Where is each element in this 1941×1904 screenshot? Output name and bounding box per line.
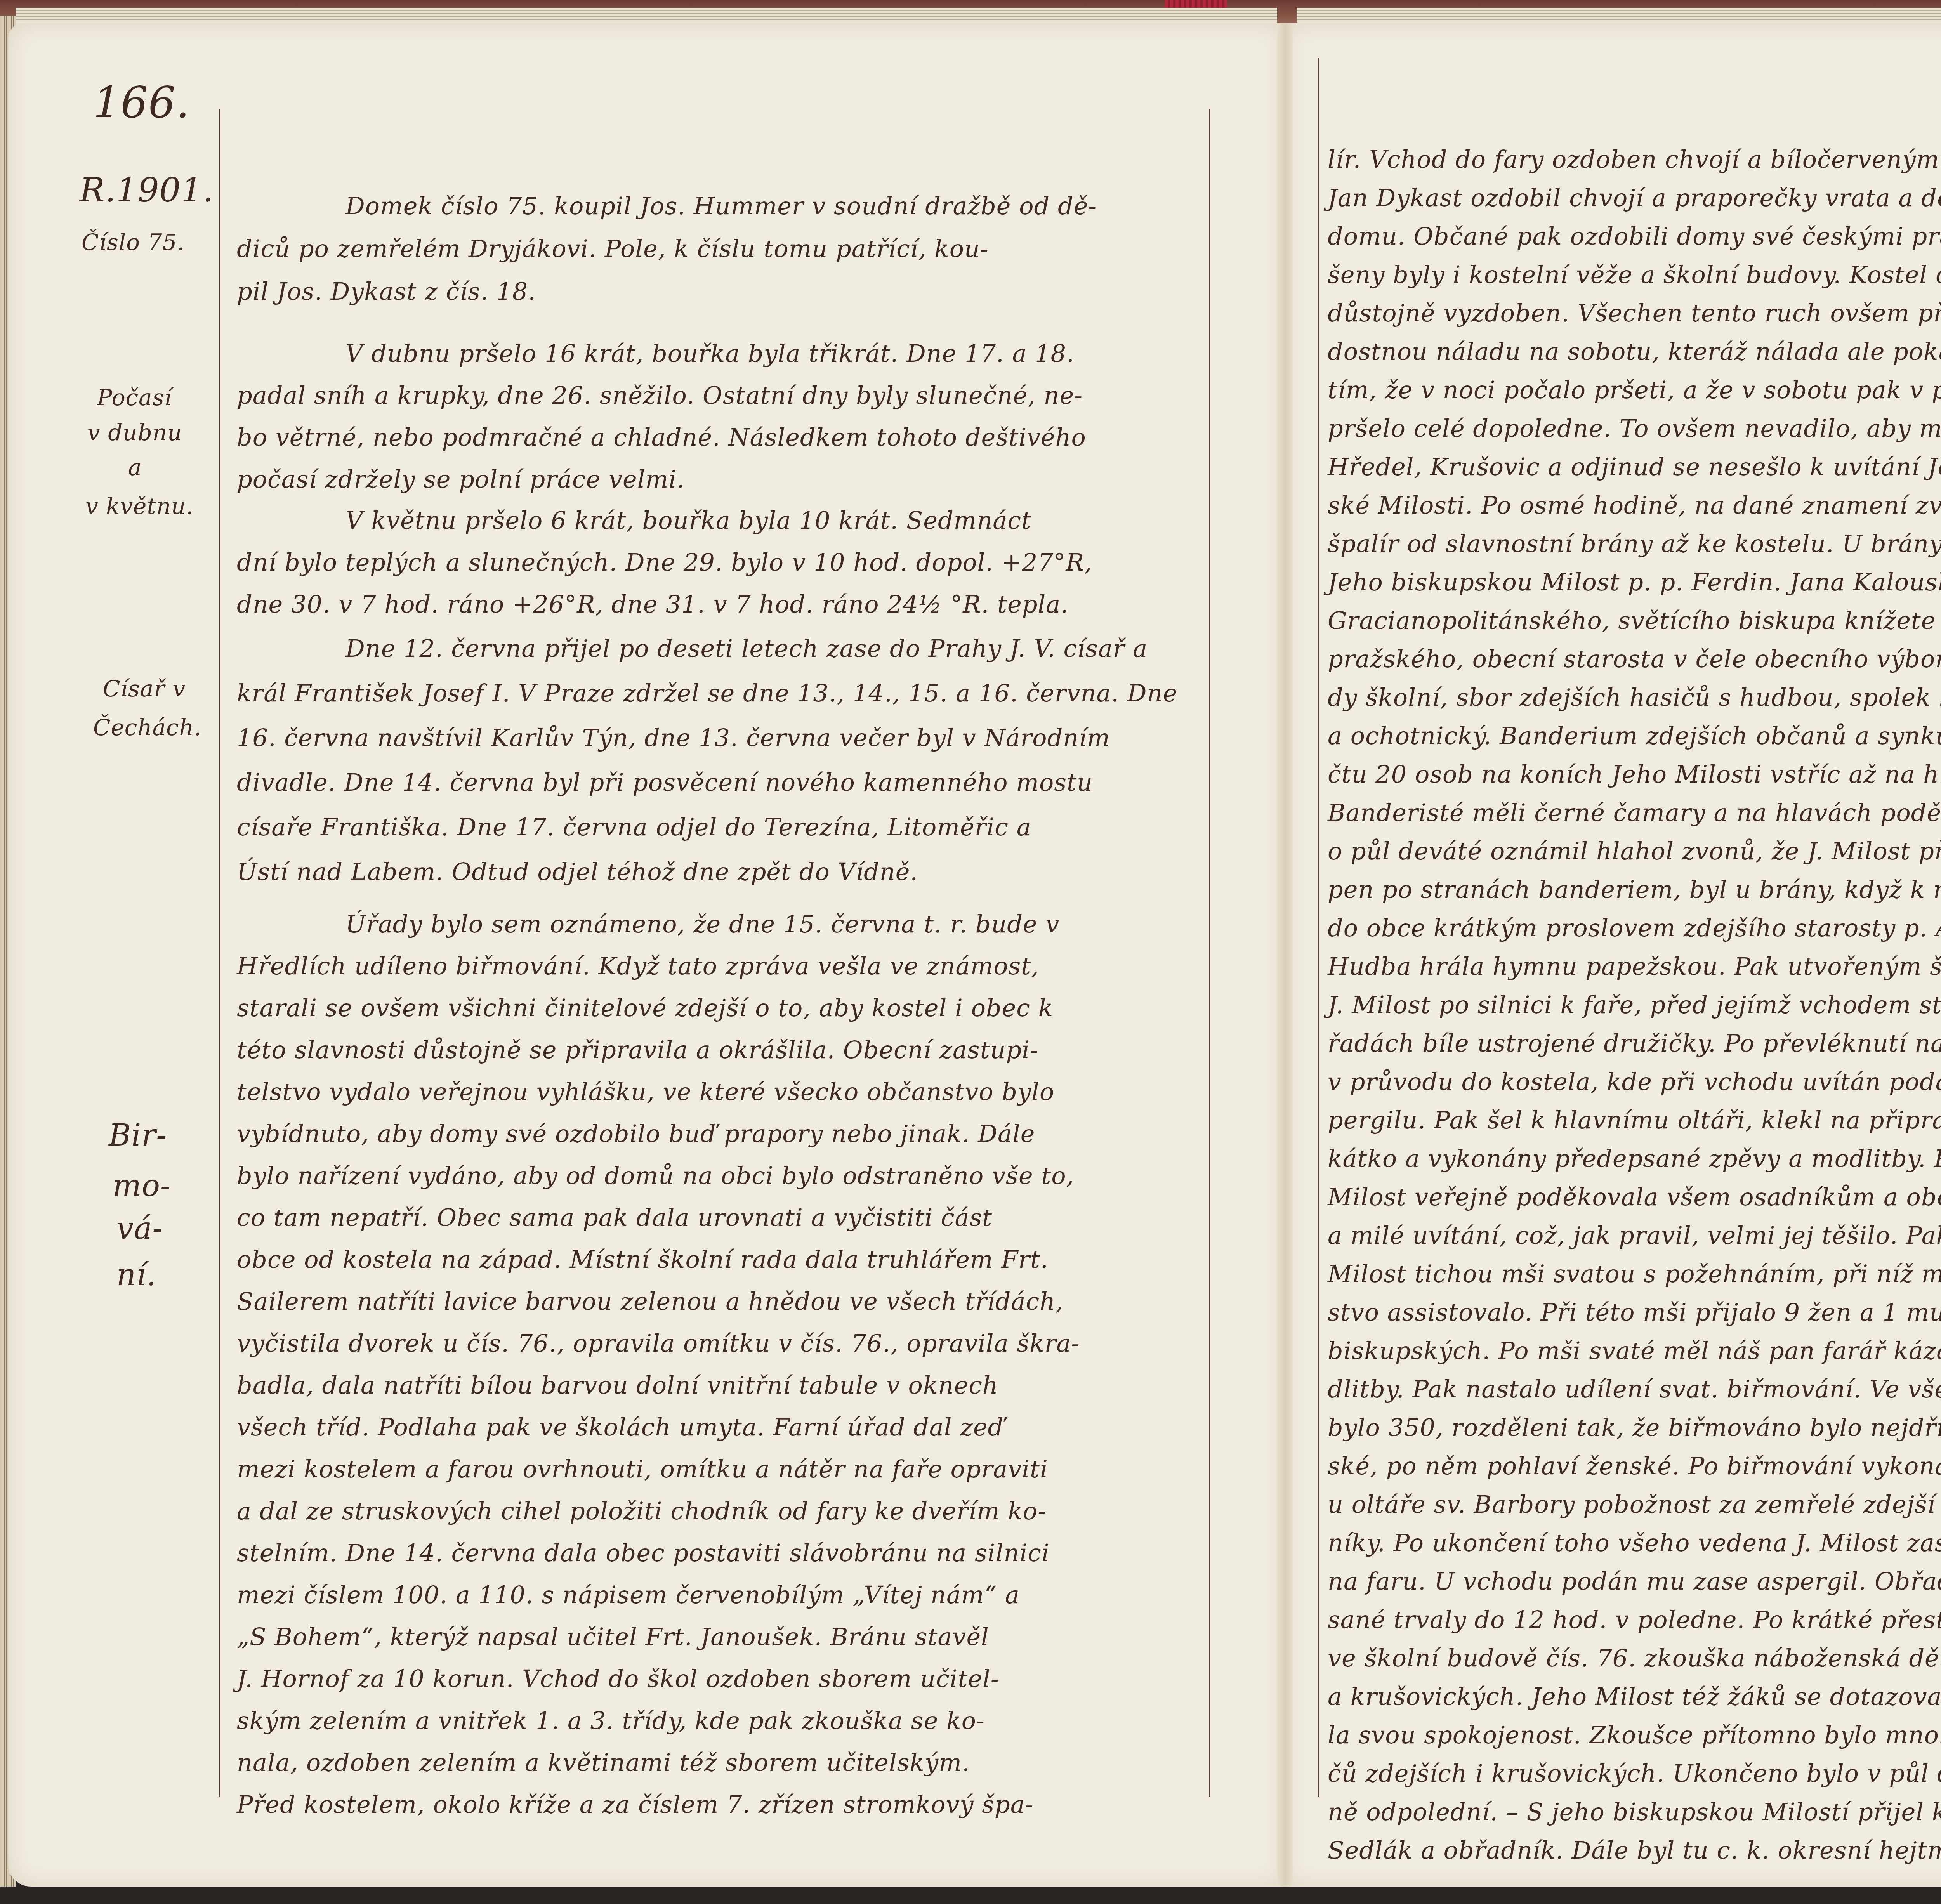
text-line: pršelo celé dopoledne. To ovšem nevadilo… (1328, 413, 1941, 444)
text-line: dní bylo teplých a slunečných. Dne 29. b… (237, 547, 1092, 578)
right-inner-rule (1318, 58, 1319, 1797)
margin-note-birmovani: Bir- (109, 1118, 167, 1153)
margin-note-pocasi: v květnu. (85, 493, 194, 519)
text-line: „S Bohem“, kterýž napsal učitel Frt. Jan… (237, 1621, 1080, 1653)
text-line: důstojně vyzdoben. Všechen tento ruch ov… (1328, 297, 1941, 329)
text-line: Milost tichou mši svatou s požehnáním, p… (1328, 1258, 1941, 1290)
margin-note-pocasi: Počasí (97, 384, 172, 411)
text-line: řadách bíle ustrojené družičky. Po převl… (1328, 1028, 1941, 1059)
text-line: J. Hornof za 10 korun. Vchod do škol ozd… (237, 1663, 1080, 1695)
text-line: Banderisté měli černé čamary a na hlavác… (1328, 797, 1941, 829)
text-line: a dal ze struskových cihel položiti chod… (237, 1495, 1080, 1527)
margin-note-birmovani: vá- (116, 1211, 163, 1246)
text-line: la svou spokojenost. Zkoušce přítomno by… (1328, 1719, 1941, 1751)
text-line: vybídnuto, aby domy své ozdobilo buď pra… (237, 1118, 1080, 1150)
margin-note-cisar: Císař v (103, 675, 186, 702)
text-line: v průvodu do kostela, kde při vchodu uví… (1328, 1066, 1941, 1098)
text-line: bylo nařízení vydáno, aby od domů na obc… (237, 1160, 1080, 1192)
text-line: ské, po něm pohlaví ženské. Po biřmování… (1328, 1450, 1941, 1482)
text-line: diců po zemřelém Dryjákovi. Pole, k čísl… (237, 233, 1097, 265)
text-line: Milost veřejně poděkovala všem osadníkům… (1328, 1181, 1941, 1213)
text-line: Před kostelem, okolo kříže a za číslem 7… (237, 1789, 1080, 1821)
text-line: počasí zdržely se polní práce velmi. (237, 463, 1086, 495)
page-number-left: 166. (93, 78, 190, 127)
text-line: pergilu. Pak šel k hlavnímu oltáři, klek… (1328, 1104, 1941, 1136)
text-line: mezi číslem 100. a 110. s nápisem červen… (237, 1579, 1080, 1611)
text-line: Sailerem natříti lavice barvou zelenou a… (237, 1286, 1080, 1317)
paragraph-weather-april: V dubnu pršelo 16 krát, bouřka byla třik… (237, 338, 1086, 495)
text-line: pražského, obecní starosta v čele obecní… (1328, 643, 1941, 675)
text-line: níky. Po ukončení toho všeho vedena J. M… (1328, 1527, 1941, 1559)
text-line: Sedlák a obřadník. Dále byl tu c. k. okr… (1328, 1835, 1941, 1866)
text-line: dy školní, sbor zdejších hasičů s hudbou… (1328, 682, 1941, 713)
text-line: divadle. Dne 14. června byl při posvěcen… (237, 767, 1177, 798)
margin-note-cislo-75: Číslo 75. (82, 229, 185, 255)
text-line: lír. Vchod do fary ozdoben chvojí a bílo… (1328, 144, 1941, 175)
text-line: Gracianopolitánského, světícího biskupa … (1328, 605, 1941, 637)
text-line: král František Josef I. V Praze zdržel s… (237, 677, 1177, 709)
text-line: Hudba hrála hymnu papežskou. Pak utvořen… (1328, 951, 1941, 982)
text-line: Jan Dykast ozdobil chvojí a praporečky v… (1328, 182, 1941, 214)
text-line: bo větrné, nebo podmračné a chladné. Nás… (237, 422, 1086, 453)
margin-note-pocasi: a (128, 454, 142, 481)
year-label-left: R.1901. (80, 171, 214, 210)
text-line: Hředel, Krušovic a odjinud se nesešlo k … (1328, 451, 1941, 483)
text-line: o půl deváté oznámil hlahol zvonů, že J.… (1328, 835, 1941, 867)
text-line: dlitby. Pak nastalo udílení svat. biřmov… (1328, 1373, 1941, 1405)
paragraph-confirmation-prep: Úřady bylo sem oznámeno, že dne 15. červ… (237, 908, 1080, 1821)
text-line: dostnou náladu na sobotu, kteráž nálada … (1328, 336, 1941, 368)
text-line: a milé uvítání, což, jak pravil, velmi j… (1328, 1220, 1941, 1251)
margin-note-birmovani: ní. (116, 1258, 156, 1293)
text-line: císaře Františka. Dne 17. června odjel d… (237, 811, 1177, 843)
text-line: 16. června navštívil Karlův Týn, dne 13.… (237, 722, 1177, 754)
text-line: starali se ovšem všichni činitelové zdej… (237, 992, 1080, 1024)
text-line: obce od kostela na západ. Místní školní … (237, 1244, 1080, 1276)
text-line: pen po stranách banderiem, byl u brány, … (1328, 874, 1941, 906)
text-line: stelním. Dne 14. června dala obec postav… (237, 1537, 1080, 1569)
text-line: domu. Občané pak ozdobili domy své český… (1328, 220, 1941, 252)
text-line: bylo 350, rozděleni tak, že biřmováno by… (1328, 1412, 1941, 1444)
text-line: tím, že v noci počalo pršeti, a že v sob… (1328, 374, 1941, 406)
margin-note-birmovani: mo- (113, 1168, 171, 1203)
text-line: Úřady bylo sem oznámeno, že dne 15. červ… (237, 908, 1080, 940)
book-gutter (1277, 23, 1293, 1887)
paragraph-emperor-visit: Dne 12. června přijel po deseti letech z… (237, 633, 1177, 888)
text-line: do obce krátkým proslovem zdejšího staro… (1328, 912, 1941, 944)
text-line: sané trvaly do 12 hod. v poledne. Po krá… (1328, 1604, 1941, 1636)
text-line: J. Milost po silnici k faře, před jejímž… (1328, 989, 1941, 1021)
text-line: ně odpolední. – S jeho biskupskou Milost… (1328, 1796, 1941, 1828)
text-line: dne 30. v 7 hod. ráno +26°R, dne 31. v 7… (237, 588, 1092, 620)
text-line: špalír od slavnostní brány až ke kostelu… (1328, 528, 1941, 560)
text-line: čů zdejších i krušovických. Ukončeno byl… (1328, 1758, 1941, 1789)
text-line: čtu 20 osob na koních Jeho Milosti vstří… (1328, 758, 1941, 790)
text-line: na faru. U vchodu podán mu zase aspergil… (1328, 1566, 1941, 1597)
text-line: telstvo vydalo veřejnou vyhlášku, ve kte… (237, 1076, 1080, 1108)
text-line: Hředlích udíleno biřmování. Když tato zp… (237, 950, 1080, 982)
text-line: stvo assistovalo. Při této mši přijalo 9… (1328, 1297, 1941, 1328)
paragraph-house-sale: Domek číslo 75. koupil Jos. Hummer v sou… (237, 190, 1097, 307)
text-line: této slavnosti důstojně se připravila a … (237, 1034, 1080, 1066)
text-line: badla, dala natříti bílou barvou dolní v… (237, 1369, 1080, 1401)
text-line: a ochotnický. Banderium zdejších občanů … (1328, 720, 1941, 752)
text-line: u oltáře sv. Barbory pobožnost za zemřel… (1328, 1489, 1941, 1520)
text-line: vyčistila dvorek u čís. 76., opravila om… (237, 1328, 1080, 1359)
text-line: co tam nepatří. Obec sama pak dala urovn… (237, 1202, 1080, 1234)
text-line: biskupských. Po mši svaté měl náš pan fa… (1328, 1335, 1941, 1367)
text-line: V květnu pršelo 6 krát, bouřka byla 10 k… (237, 505, 1092, 536)
text-line: kátko a vykonány předepsané zpěvy a modl… (1328, 1143, 1941, 1175)
left-margin-rule (219, 109, 220, 1797)
text-line: mezi kostelem a farou ovrhnouti, omítku … (237, 1453, 1080, 1485)
paragraph-weather-may: V květnu pršelo 6 krát, bouřka byla 10 k… (237, 505, 1092, 620)
text-line: Ústí nad Labem. Odtud odjel téhož dne zp… (237, 856, 1177, 888)
text-line: Dne 12. června přijel po deseti letech z… (237, 633, 1177, 665)
margin-note-pocasi: v dubnu (87, 419, 182, 446)
text-line: V dubnu pršelo 16 krát, bouřka byla třik… (237, 338, 1086, 370)
margin-note-cisar: Čechách. (93, 714, 201, 741)
text-line: Jeho biskupskou Milost p. p. Ferdin. Jan… (1328, 566, 1941, 598)
text-line: pil Jos. Dykast z čís. 18. (237, 276, 1097, 307)
text-line: ve školní budově čís. 76. zkouška nábože… (1328, 1642, 1941, 1674)
text-line: a krušovických. Jeho Milost též žáků se … (1328, 1681, 1941, 1713)
text-line: ským zelením a vnitřek 1. a 3. třídy, kd… (237, 1705, 1080, 1737)
text-line: ské Milosti. Po osmé hodině, na dané zna… (1328, 489, 1941, 521)
text-line: všech tříd. Podlaha pak ve školách umyta… (237, 1411, 1080, 1443)
text-line: nala, ozdoben zelením a květinami též sb… (237, 1747, 1080, 1779)
paragraph-confirmation-ceremony: lír. Vchod do fary ozdoben chvojí a bílo… (1328, 144, 1941, 1866)
text-line: šeny byly i kostelní věže a školní budov… (1328, 259, 1941, 291)
left-inner-rule (1209, 109, 1210, 1797)
text-line: padal sníh a krupky, dne 26. sněžilo. Os… (237, 380, 1086, 411)
text-line: Domek číslo 75. koupil Jos. Hummer v sou… (237, 190, 1097, 222)
